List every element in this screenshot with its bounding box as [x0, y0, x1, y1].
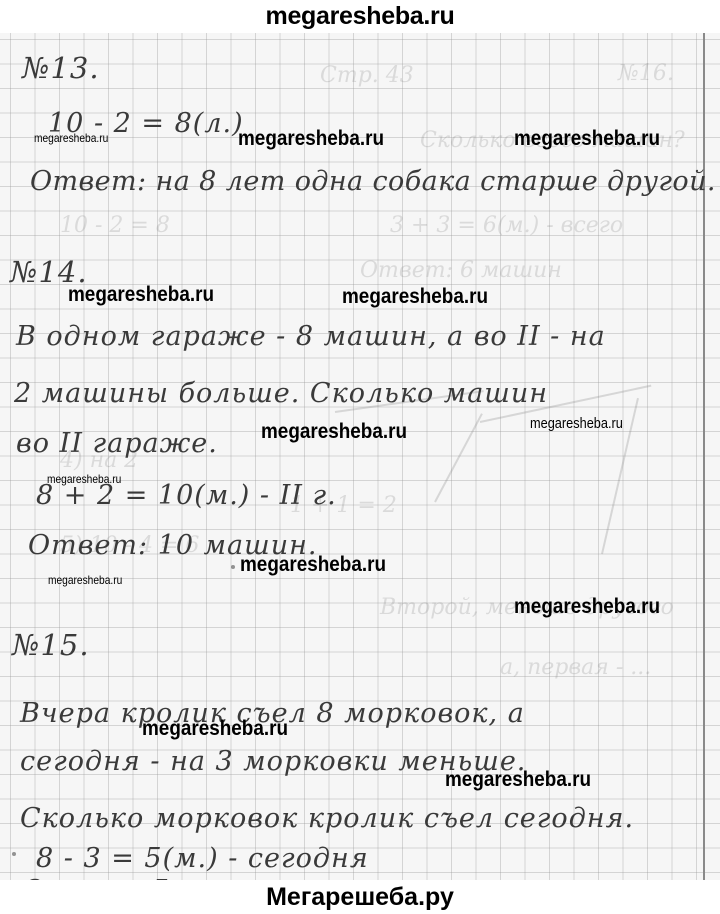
bleed-text: Ответ: 6 машин	[360, 258, 562, 283]
problem-14-text-line-2: 2 машины больше. Сколько машин	[14, 378, 548, 409]
bleed-text: 3 + 3 = 6(м.) - всего	[390, 213, 623, 238]
bleed-text: 10 - 2 = 8	[60, 213, 170, 238]
site-header: megaresheba.ru	[0, 0, 720, 33]
watermark: megaresheba.ru	[240, 553, 386, 577]
watermark: megaresheba.ru	[48, 573, 122, 587]
problem-14-text-line-1: В одном гараже - 8 машин, а во II - на	[16, 321, 606, 352]
problem-15-text-line-3: Сколько морковок кролик съел сегодня.	[20, 803, 634, 834]
problem-15-solution: 8 - 3 = 5(м.) - сегодня	[36, 843, 369, 874]
watermark: megaresheba.ru	[47, 472, 121, 486]
notebook-page: Стр. 43 №16. Сколько всего машин? 3 + 3 …	[0, 33, 720, 880]
watermark: megaresheba.ru	[514, 595, 660, 619]
watermark: megaresheba.ru	[238, 127, 384, 151]
watermark: megaresheba.ru	[445, 768, 591, 792]
bleed-text: №16.	[618, 61, 674, 86]
watermark: megaresheba.ru	[530, 415, 623, 432]
watermark: megaresheba.ru	[34, 131, 108, 145]
watermark: megaresheba.ru	[142, 717, 288, 741]
watermark: megaresheba.ru	[514, 127, 660, 151]
bleed-text: а, первая - ...	[500, 655, 651, 680]
site-footer: Мегарешеба.ру	[0, 880, 720, 914]
watermark: megaresheba.ru	[342, 285, 488, 309]
problem-14-text-line-3: во II гараже.	[16, 428, 218, 459]
margin-line	[703, 33, 705, 880]
problem-13-answer: Ответ: на 8 лет одна собака старше друго…	[30, 166, 716, 197]
problem-13-number: №13.	[22, 51, 100, 85]
watermark: megaresheba.ru	[261, 420, 407, 444]
pen-dot	[231, 565, 235, 569]
watermark: megaresheba.ru	[68, 283, 214, 307]
pen-dot	[12, 852, 16, 856]
problem-15-number: №15.	[12, 628, 90, 662]
bleed-text: Стр. 43	[320, 63, 414, 88]
bleed-line	[434, 413, 483, 502]
